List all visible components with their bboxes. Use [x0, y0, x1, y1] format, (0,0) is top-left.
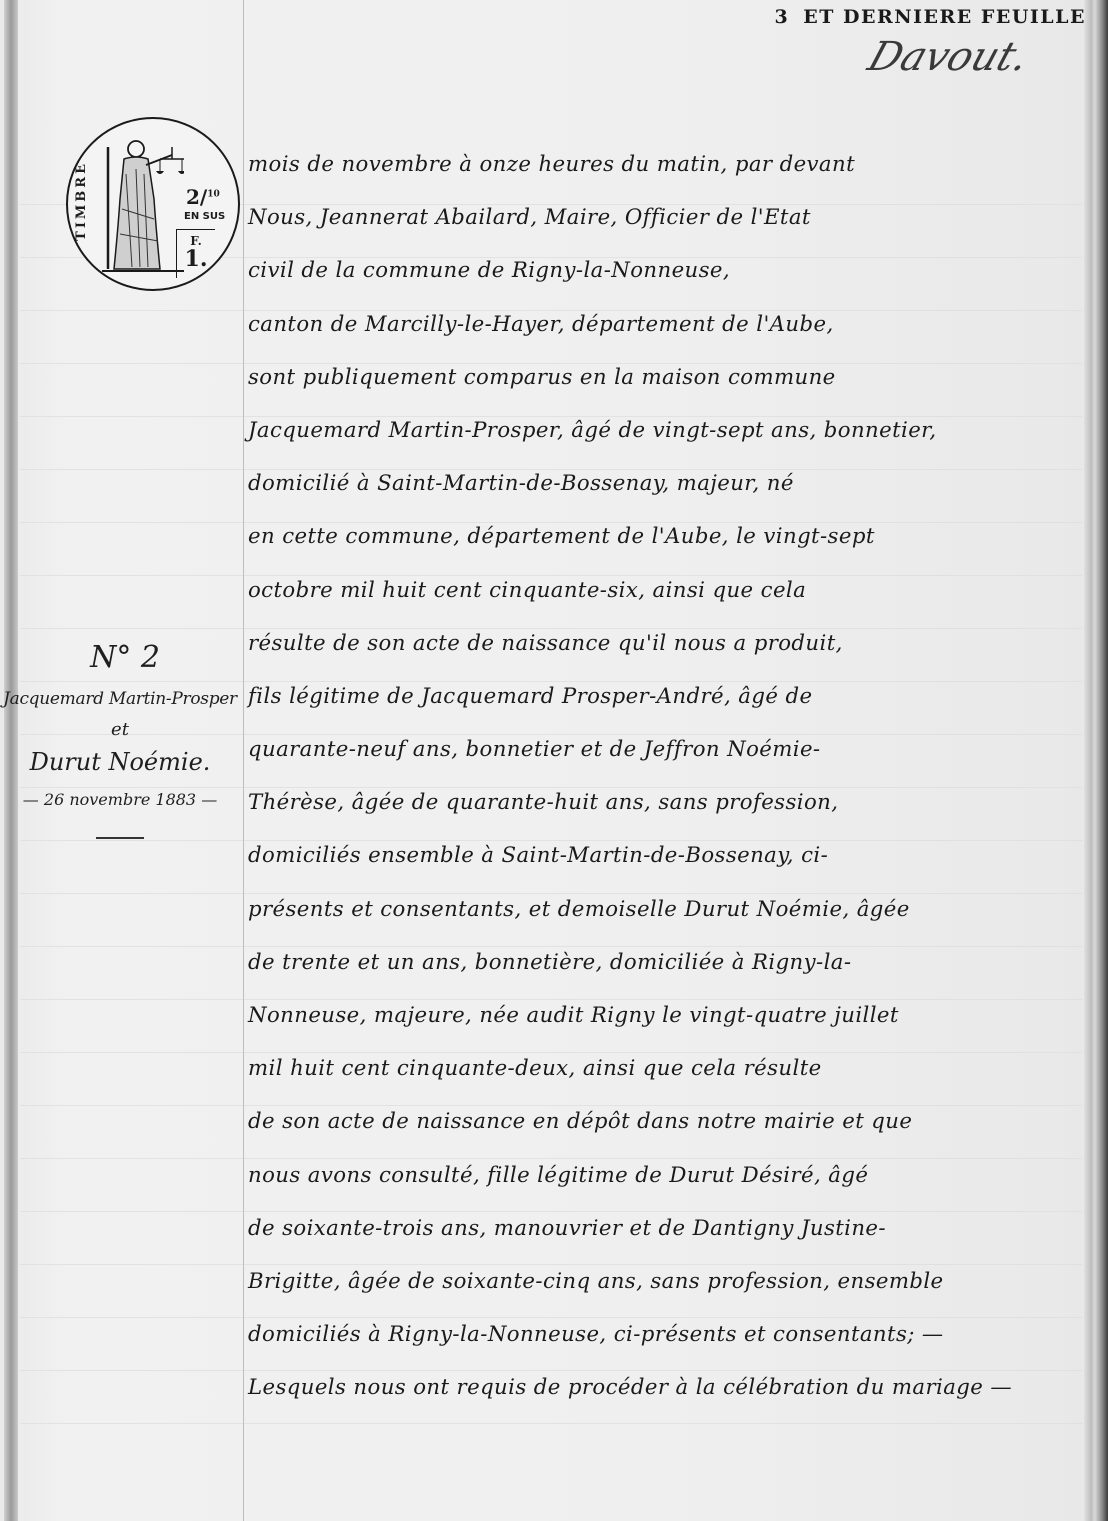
act-date: — 26 novembre 1883 — — [0, 790, 240, 809]
closing-rule — [96, 837, 144, 839]
text-line: de trente et un ans, bonnetière, domicil… — [248, 936, 1068, 989]
text-line: canton de Marcilly-le-Hayer, département… — [248, 298, 1068, 351]
text-line: de son acte de naissance en dépôt dans n… — [248, 1095, 1068, 1148]
stamp-surcharge-note: EN SUS — [184, 211, 225, 222]
text-line: quarante-neuf ans, bonnetier et de Jeffr… — [248, 723, 1068, 776]
text-line: fils légitime de Jacquemard Prosper-Andr… — [248, 670, 1068, 723]
text-line: mil huit cent cinquante-deux, ainsi que … — [248, 1042, 1068, 1095]
text-line: présents et consentants, et demoiselle D… — [248, 883, 1068, 936]
text-line: mois de novembre à onze heures du matin,… — [248, 138, 1068, 191]
stamp-label: TIMBRE — [74, 161, 89, 241]
text-line: Thérèse, âgée de quarante-huit ans, sans… — [248, 776, 1068, 829]
document-page: 3ET DERNIERE FEUILLE Davout. TIMBRE 2/10… — [0, 0, 1108, 1521]
act-number: N° 2 — [10, 640, 240, 675]
sheet-label: ET DERNIERE FEUILLE — [803, 6, 1086, 28]
text-line: domiciliés à Rigny-la-Nonneuse, ci-prése… — [248, 1308, 1068, 1361]
right-binding-edge — [1084, 0, 1108, 1521]
text-line: octobre mil huit cent cinquante-six, ain… — [248, 564, 1068, 617]
stamp-surcharge: 2/10 — [186, 187, 220, 207]
text-line: en cette commune, département de l'Aube,… — [248, 510, 1068, 563]
sheet-header: 3ET DERNIERE FEUILLE — [775, 6, 1086, 28]
margin-rule — [243, 0, 244, 1521]
text-line: de soixante-trois ans, manouvrier et de … — [248, 1202, 1068, 1255]
text-line: Brigitte, âgée de soixante-cinq ans, san… — [248, 1255, 1068, 1308]
justice-figure-icon — [94, 129, 184, 279]
text-line: résulte de son acte de naissance qu'il n… — [248, 617, 1068, 670]
clerk-signature: Davout. — [863, 34, 1035, 80]
text-line: Nous, Jeannerat Abailard, Maire, Officie… — [248, 191, 1068, 244]
stamp-denomination: F. 1. — [176, 229, 215, 278]
record-body: mois de novembre à onze heures du matin,… — [248, 138, 1078, 1415]
text-line: sont publiquement comparus en la maison … — [248, 351, 1068, 404]
bride-name: Durut Noémie. — [0, 748, 240, 776]
conjunction: et — [0, 719, 240, 740]
text-line: nous avons consulté, fille légitime de D… — [248, 1149, 1068, 1202]
tax-stamp: TIMBRE 2/10 EN SUS F. 1. — [66, 117, 240, 291]
groom-name: Jacquemard Martin-Prosper — [0, 689, 240, 709]
text-line: Nonneuse, majeure, née audit Rigny le vi… — [248, 989, 1068, 1042]
text-line: domicilié à Saint-Martin-de-Bossenay, ma… — [248, 457, 1068, 510]
sheet-number: 3 — [775, 6, 790, 28]
margin-annotation: N° 2 Jacquemard Martin-Prosper et Durut … — [0, 640, 240, 839]
text-line: civil de la commune de Rigny-la-Nonneuse… — [248, 244, 1068, 297]
text-line: Jacquemard Martin-Prosper, âgé de vingt-… — [248, 404, 1068, 457]
text-line: Lesquels nous ont requis de procéder à l… — [248, 1361, 1068, 1414]
text-line: domiciliés ensemble à Saint-Martin-de-Bo… — [248, 829, 1068, 882]
